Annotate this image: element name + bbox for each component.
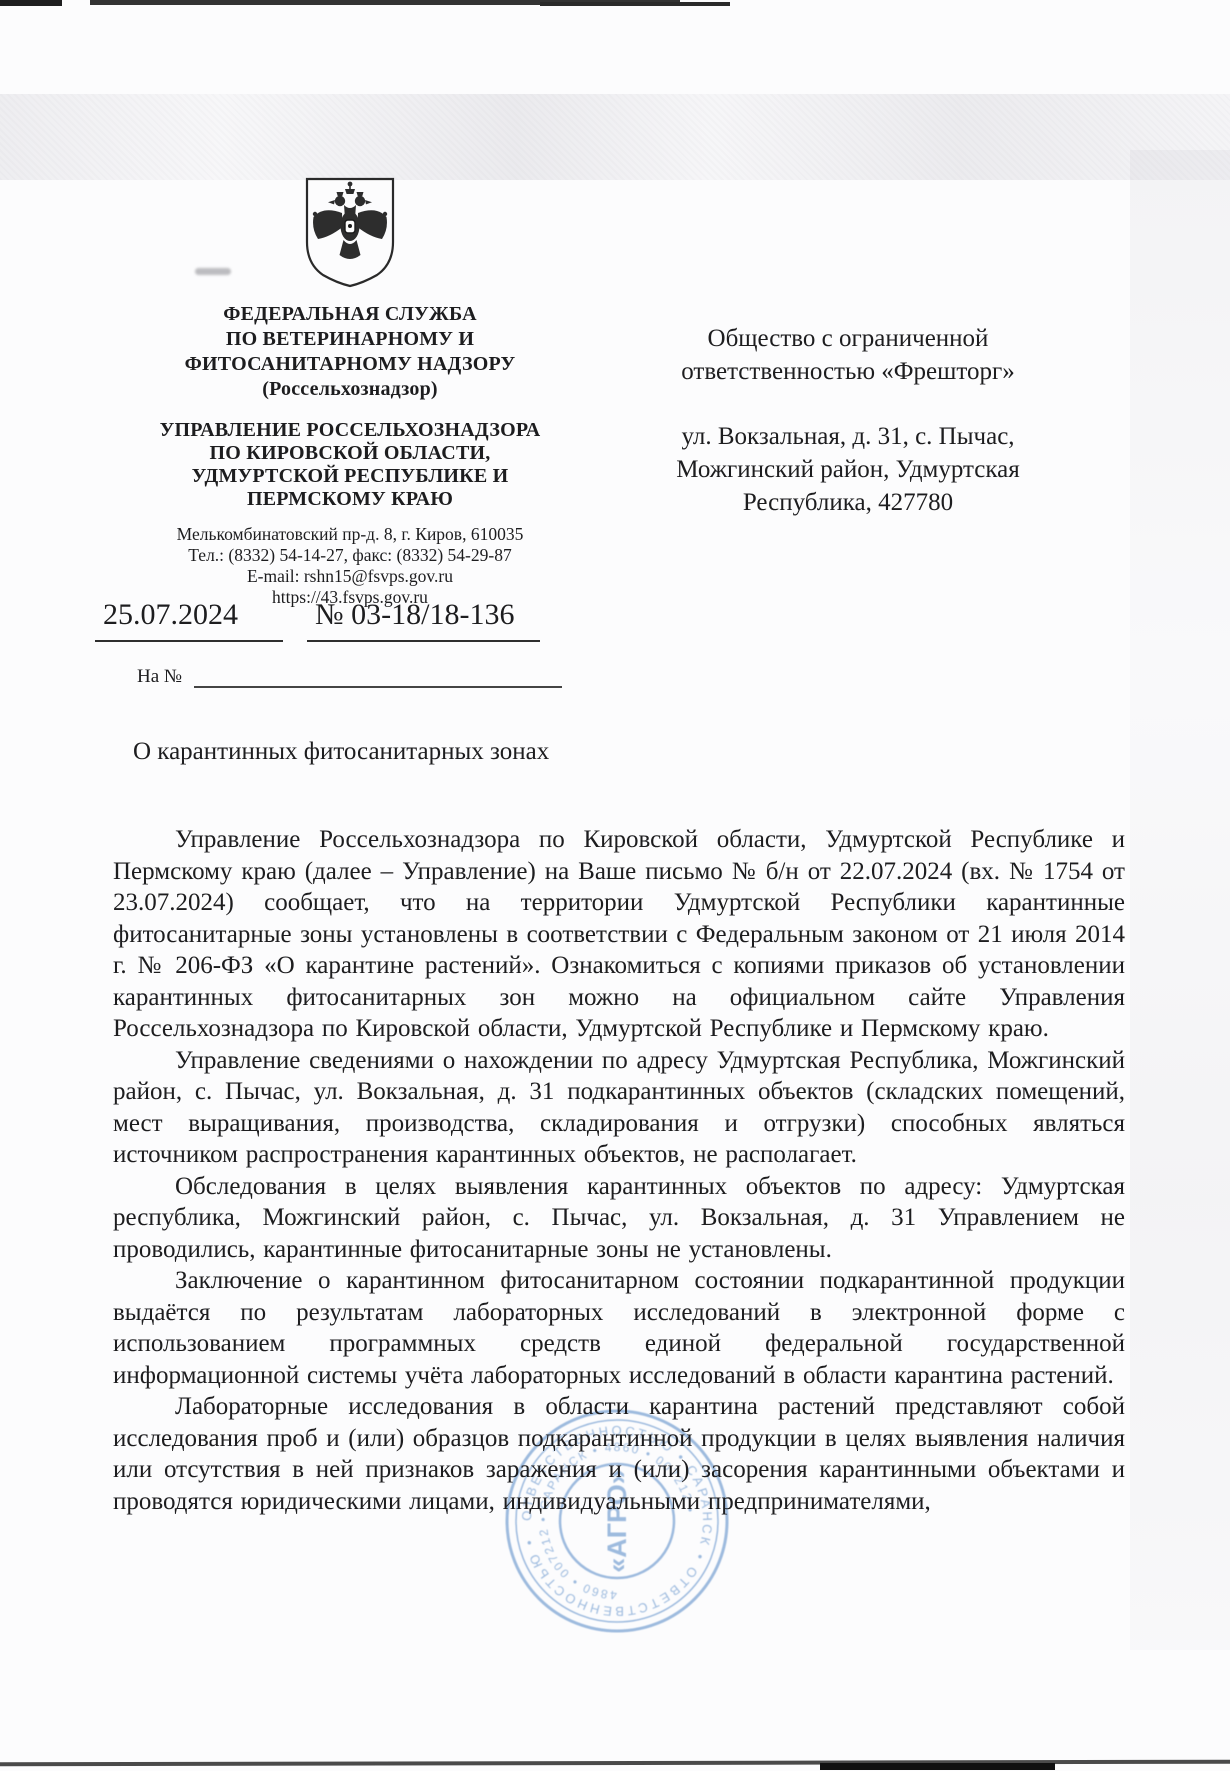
scanned-letter-page: ФЕДЕРАЛЬНАЯ СЛУЖБА ПО ВЕТЕРИНАРНОМУ И ФИ… [0,0,1230,1771]
department-name-line: ПО КИРОВСКОЙ ОБЛАСТИ, [100,442,600,465]
body-paragraph: Управление Россельхознадзора по Кировско… [113,824,1125,1045]
addressee-address: ул. Вокзальная, д. 31, с. Пычас, Можгинс… [628,420,1068,519]
addressee-address-line: Можгинский район, Удмуртская [628,453,1068,486]
department-name: УПРАВЛЕНИЕ РОССЕЛЬХОЗНАДЗОРА ПО КИРОВСКО… [100,419,600,511]
subject-line: О карантинных фитосанитарных зонах [133,738,549,766]
addressee-address-line: Республика, 427780 [628,486,1068,519]
body-paragraph: Обследования в целях выявления карантинн… [113,1171,1125,1266]
service-name-line: ПО ВЕТЕРИНАРНОМУ И [100,327,600,352]
scan-edge-top-mid [540,2,730,6]
letter-number: № 03-18/18-136 [307,598,540,642]
reply-reference-row: На № [137,666,562,688]
reply-reference-label: На № [137,666,182,687]
letter-date: 25.07.2024 [95,598,283,642]
sender-block: ФЕДЕРАЛЬНАЯ СЛУЖБА ПО ВЕТЕРИНАРНОМУ И ФИ… [100,176,600,608]
addressee-address-line: ул. Вокзальная, д. 31, с. Пычас, [628,420,1068,453]
service-name-line: ФЕДЕРАЛЬНАЯ СЛУЖБА [100,302,600,327]
department-name-line: ПЕРМСКОМУ КРАЮ [100,488,600,511]
department-name-line: УПРАВЛЕНИЕ РОССЕЛЬХОЗНАДЗОРА [100,419,600,442]
coat-of-arms-icon [300,176,400,288]
scan-edge-bottom-dark [820,1763,1055,1770]
sender-phone-fax: Тел.: (8332) 54-14-27, факс: (8332) 54-2… [100,545,600,566]
sender-contacts: Мелькомбинатовский пр-д. 8, г. Киров, 61… [100,524,600,608]
service-short-name: (Россельхознадзор) [100,377,600,402]
scan-edge-top-left [0,0,62,6]
reply-reference-blank-line [194,666,562,688]
addressee-org-line: ответственностью «Фрешторг» [628,355,1068,388]
sender-postal-address: Мелькомбинатовский пр-д. 8, г. Киров, 61… [100,524,600,545]
letter-body: Управление Россельхознадзора по Кировско… [113,824,1125,1517]
body-paragraph: Лабораторные исследования в области кара… [113,1391,1125,1517]
addressee-org-line: Общество с ограниченной [628,322,1068,355]
sender-email: E-mail: rshn15@fsvps.gov.ru [100,566,600,587]
reference-row: 25.07.2024№ 03-18/18-136 [95,598,655,642]
body-paragraph: Управление сведениями о нахождении по ад… [113,1045,1125,1171]
scan-noise-band-top [0,94,1230,180]
department-name-line: УДМУРТСКОЙ РЕСПУБЛИКЕ И [100,465,600,488]
addressee-block: Общество с ограниченной ответственностью… [628,322,1068,519]
service-name-line: ФИТОСАНИТАРНОМУ НАДЗОРУ [100,352,600,377]
scan-noise-band-right [1130,150,1230,1650]
body-paragraph: Заключение о карантинном фитосанитарном … [113,1265,1125,1391]
